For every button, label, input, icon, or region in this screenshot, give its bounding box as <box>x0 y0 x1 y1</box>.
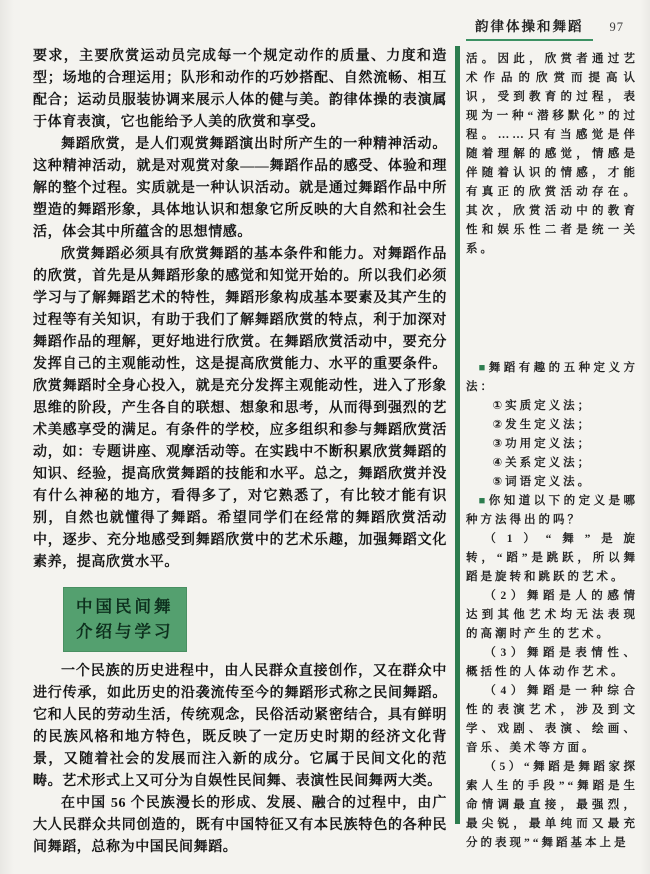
section-title-line-2: 介绍与学习 <box>76 619 174 644</box>
green-square-icon: ■ <box>479 495 487 507</box>
definition-method-5: ⑤词语定义法。 <box>466 473 638 492</box>
definition-method-1: ①实质定义法； <box>466 397 638 416</box>
paragraph: 一个民族的历史进程中，由人民群众直接创作，又在群众中进行传承，如此历史的沿袭流传… <box>33 661 447 793</box>
definition-example-3: （3）舞蹈是表情性、概括性的人体动作艺术。 <box>466 644 638 682</box>
sidebar-question-heading: ■你知道以下的定义是哪种方法得出的吗？ <box>466 492 638 530</box>
definition-method-3: ③功用定义法； <box>466 435 638 454</box>
sidebar-question-heading-text: 你知道以下的定义是哪种方法得出的吗？ <box>466 495 638 526</box>
chapter-title: 韵律体操和舞蹈 <box>466 15 593 41</box>
sidebar-definitions-heading-text: 舞蹈有趣的五种定义方法： <box>466 362 638 393</box>
sidebar-spacer <box>466 259 638 359</box>
paragraph: 在中国 56 个民族漫长的形成、发展、融合的过程中，由广大人民群众共同创造的，既… <box>33 793 447 859</box>
sidebar-notes: 活。因此，欣赏者通过艺术作品的欣赏而提高认识，受到教育的过程，表现为一种“潜移默… <box>466 50 638 853</box>
section-title-line-1: 中国民间舞 <box>76 594 174 619</box>
section-title-box: 中国民间舞 介绍与学习 <box>63 587 187 652</box>
main-column: 要求，主要欣赏运动员完成每一个规定动作的质量、力度和造型；场地的合理运用；队形和… <box>33 46 447 859</box>
definition-example-4: （4）舞蹈是一种综合性的表演艺术，涉及到文学、戏剧、表演、绘画、音乐、美术等方面… <box>466 682 638 758</box>
sidebar-column: 活。因此，欣赏者通过艺术作品的欣赏而提高认识，受到教育的过程，表现为一种“潜移默… <box>455 46 638 824</box>
definition-example-2: （2）舞蹈是人的感情达到其他艺术均无法表现的高潮时产生的艺术。 <box>466 587 638 644</box>
sidebar-accent-bar <box>455 46 460 824</box>
definition-example-1: （1）“舞”是旋转，“蹈”是跳跃，所以舞蹈是旋转和跳跃的艺术。 <box>466 530 638 587</box>
textbook-page: 韵律体操和舞蹈 97 要求，主要欣赏运动员完成每一个规定动作的质量、力度和造型；… <box>0 0 650 874</box>
sidebar-definitions-heading: ■舞蹈有趣的五种定义方法： <box>466 359 638 397</box>
definition-method-4: ④关系定义法； <box>466 454 638 473</box>
sidebar-continuation-note: 活。因此，欣赏者通过艺术作品的欣赏而提高认识，受到教育的过程，表现为一种“潜移默… <box>466 50 638 259</box>
paragraph-continued: 要求，主要欣赏运动员完成每一个规定动作的质量、力度和造型；场地的合理运用；队形和… <box>33 46 447 134</box>
paragraph: 欣赏舞蹈必须具有欣赏舞蹈的基本条件和能力。对舞蹈作品的欣赏，首先是从舞蹈形象的感… <box>33 244 447 574</box>
green-square-icon: ■ <box>479 362 487 374</box>
definition-example-5: （5）“舞蹈是舞蹈家探索人生的手段”“舞蹈是生命情调最直接，最强烈，最尖锐，最单… <box>466 758 638 853</box>
paragraph: 舞蹈欣赏，是人们观赏舞蹈演出时所产生的一种精神活动。这种精神活动，就是对观赏对象… <box>33 134 447 244</box>
page-header: 韵律体操和舞蹈 97 <box>466 15 624 41</box>
page-number: 97 <box>610 20 625 35</box>
definition-method-2: ②发生定义法； <box>466 416 638 435</box>
